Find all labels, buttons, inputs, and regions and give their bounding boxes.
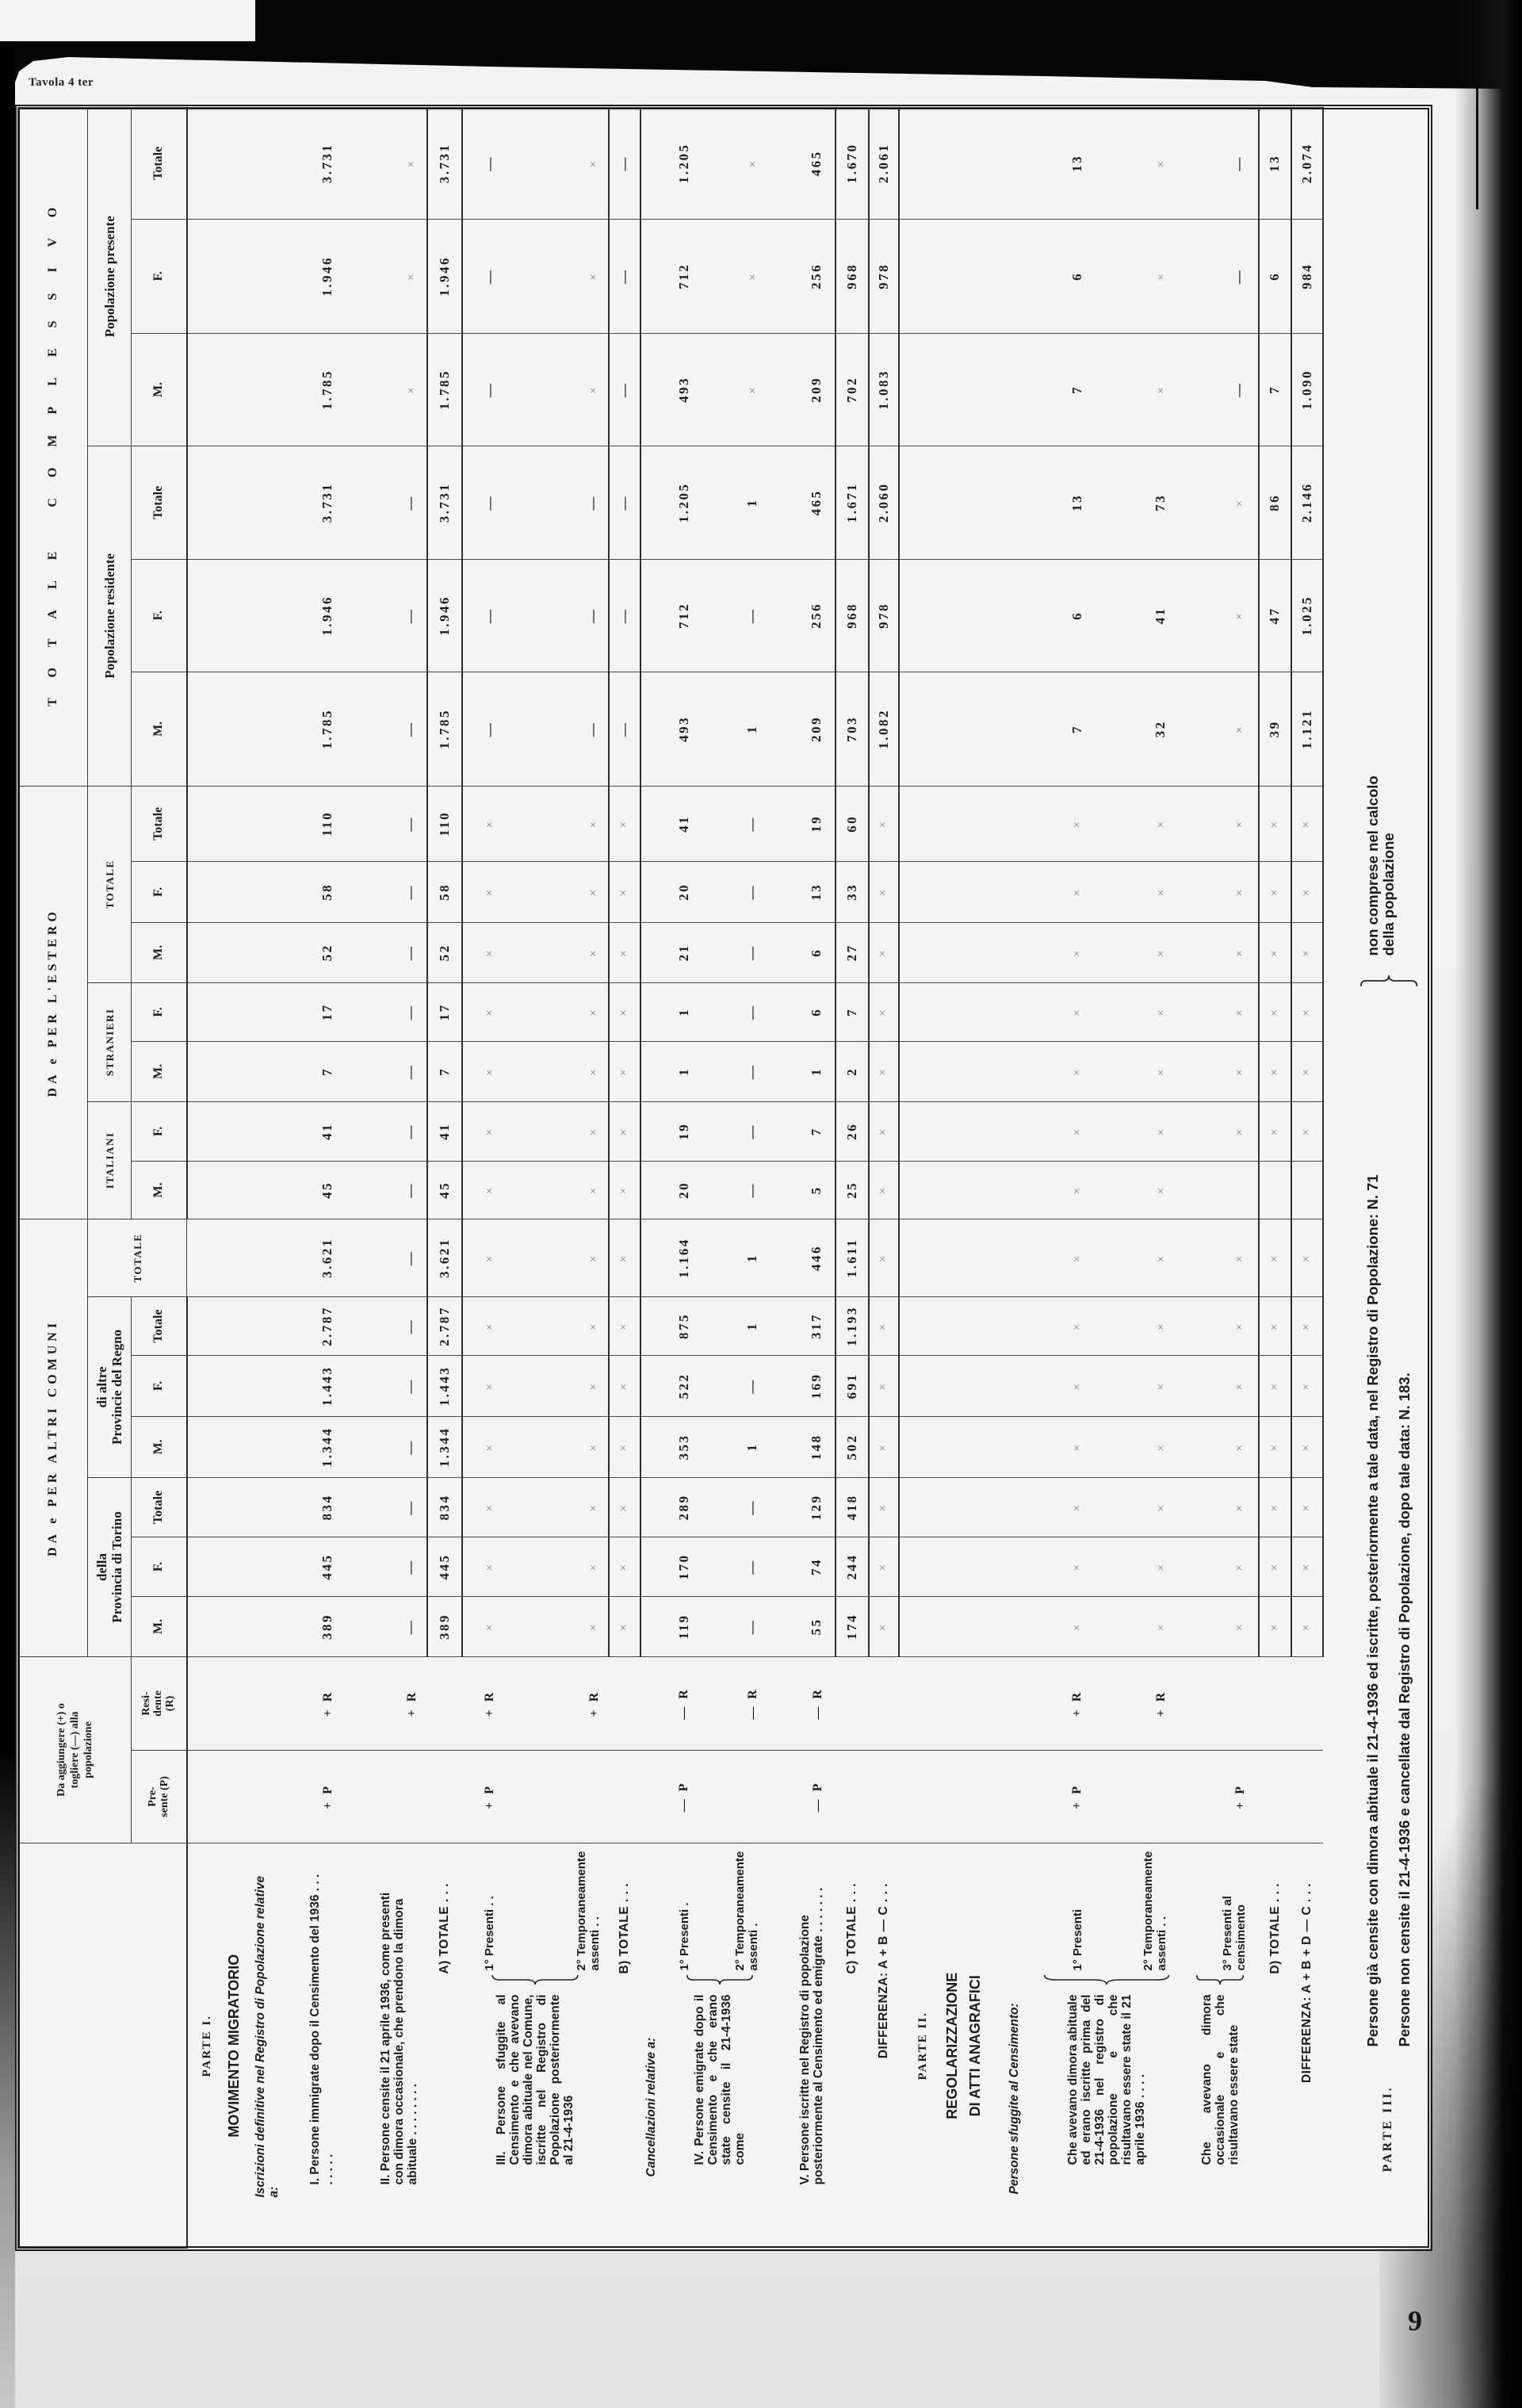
cell: 3.731 <box>427 107 462 219</box>
section-label-parte-1: PARTE I. MOVIMENTO MIGRATORIO Iscrizioni… <box>187 1843 294 2248</box>
cell: 2.787 <box>294 1296 342 1355</box>
cell: × <box>518 1041 609 1101</box>
cell: 41 <box>294 1101 342 1161</box>
stranieri-header: STRANIERI <box>88 982 132 1101</box>
presente-marker <box>706 1750 778 1843</box>
cell: × <box>1031 1477 1124 1537</box>
cell: × <box>869 786 899 861</box>
cell: × <box>462 1101 518 1161</box>
cell: 978 <box>869 559 899 672</box>
cell: × <box>1291 1355 1323 1416</box>
cell: × <box>1124 1296 1182 1355</box>
cell: × <box>518 982 609 1041</box>
empty-cell <box>899 982 1031 1041</box>
cell: × <box>869 1537 899 1596</box>
cell: 45 <box>427 1161 462 1219</box>
cell: 1.785 <box>427 333 462 446</box>
table-row: III. Persone sfuggite al Censimento e ch… <box>462 107 518 2248</box>
cell: × <box>1291 861 1323 922</box>
cell: × <box>1291 1296 1323 1355</box>
cell: 445 <box>427 1537 462 1596</box>
cell: × <box>1182 1219 1259 1296</box>
cell: × <box>869 861 899 922</box>
residente-marker: — R <box>663 1656 706 1750</box>
residente-label: Resi- dente (R) <box>140 1683 176 1724</box>
cell: × <box>462 1355 518 1416</box>
scan-margin-rule <box>1476 88 1478 209</box>
empty-cell <box>641 1477 663 1537</box>
cell: 3.621 <box>427 1219 462 1296</box>
cell: 7 <box>1031 333 1124 446</box>
cell: 3.731 <box>294 446 342 559</box>
cell: 7 <box>294 1041 342 1101</box>
table-row: IV. Persone emigrate dopo il Censimento … <box>663 107 706 2248</box>
cell: 256 <box>778 219 836 333</box>
cell: — <box>609 446 641 559</box>
empty-cell <box>641 1656 663 1750</box>
empty-cell <box>899 672 1031 786</box>
cell: × <box>1124 1219 1182 1296</box>
page-caption: Tavola 4 ter <box>29 76 94 90</box>
cell: 1.946 <box>427 219 462 333</box>
cell: × <box>609 1101 641 1161</box>
residente-marker: + R <box>1031 1656 1124 1750</box>
cell: × <box>462 1161 518 1219</box>
parte-3-line-iscritte: Persone già censite con dimora abituale … <box>1363 1174 1382 2046</box>
cell: 702 <box>836 333 869 446</box>
cell: × <box>462 1219 518 1296</box>
empty-cell <box>899 1355 1031 1416</box>
cell: × <box>518 786 609 861</box>
cell: — <box>342 559 427 672</box>
residente-marker <box>1259 1656 1291 1750</box>
cell: 465 <box>778 107 836 219</box>
empty-cell <box>641 1750 663 1843</box>
table-row-total: B) TOTALE . . . ××××××××××××××—————— <box>609 107 641 2248</box>
cell: 493 <box>663 333 706 446</box>
cell: 7 <box>1259 333 1291 446</box>
cell: — <box>609 559 641 672</box>
section-title: MOVIMENTO MIGRATORIO <box>225 1851 243 2241</box>
cell: × <box>706 219 778 333</box>
cell: — <box>609 107 641 219</box>
cell: — <box>706 922 778 982</box>
cell: 110 <box>427 786 462 861</box>
cell: 6 <box>1031 559 1124 672</box>
cell: × <box>462 861 518 922</box>
parte-3-cell: PARTE III. Persone già censite con dimor… <box>1323 107 1430 2248</box>
row-sublabel: 2° Temporaneamente assenti . <box>706 1843 778 1973</box>
cell: 26 <box>836 1101 869 1161</box>
cell: × <box>869 982 899 1041</box>
table-row: 2° Temporaneamente assenti . . + R ×××××… <box>1124 107 1182 2248</box>
cell: 1.671 <box>836 446 869 559</box>
empty-cell <box>187 559 294 672</box>
residente-marker <box>427 1656 462 1750</box>
cell: 834 <box>294 1477 342 1537</box>
cell: 7 <box>1031 672 1124 786</box>
cell: × <box>609 1219 641 1296</box>
group-label-IV: IV. Persone emigrate dopo il Censimento … <box>663 1987 778 2249</box>
cell: 1.083 <box>869 333 899 446</box>
cell: × <box>1124 107 1182 219</box>
page-number: 9 <box>1408 2304 1422 2337</box>
estero-totale-f-header: F. <box>132 861 187 922</box>
empty-cell <box>187 1750 294 1843</box>
empty-cell <box>187 1477 294 1537</box>
cell: 41 <box>1124 559 1182 672</box>
cell: 834 <box>427 1477 462 1537</box>
empty-cell <box>187 982 294 1041</box>
cell: 1.193 <box>836 1296 869 1355</box>
cell: — <box>462 107 518 219</box>
empty-cell <box>899 786 1031 861</box>
cell: × <box>706 333 778 446</box>
row-label: A) TOTALE . . . <box>427 1843 462 2248</box>
cell: — <box>342 922 427 982</box>
stranieri-m-header: M. <box>132 1041 187 1101</box>
brace-icon <box>663 1974 778 1987</box>
empty-cell <box>641 1296 663 1355</box>
cell: 209 <box>778 672 836 786</box>
group-label-abituale: Che avevano dimora abituale ed erano isc… <box>1031 1987 1182 2249</box>
cell: 1.025 <box>1291 559 1323 672</box>
cell: × <box>1259 982 1291 1041</box>
cell: 703 <box>836 672 869 786</box>
cell: 978 <box>869 219 899 333</box>
cell: 1.611 <box>836 1219 869 1296</box>
table-row: II. Persone censite il 21 aprile 1936, c… <box>342 107 427 2248</box>
cell: 33 <box>836 861 869 922</box>
residente-marker <box>869 1656 899 1750</box>
cell: 875 <box>663 1296 706 1355</box>
cell: 74 <box>778 1537 836 1596</box>
cell: × <box>1259 1296 1291 1355</box>
presente-marker <box>609 1750 641 1843</box>
cell: × <box>518 1101 609 1161</box>
totale-complessivo-header: TOTALE COMPLESSIVO <box>18 107 88 786</box>
cell: 148 <box>778 1416 836 1477</box>
residente-marker: — R <box>778 1656 836 1750</box>
cell: × <box>1182 1596 1259 1656</box>
cell: — <box>342 1537 427 1596</box>
cell: 19 <box>663 1101 706 1161</box>
empty-cell <box>641 861 663 922</box>
cell: 17 <box>427 982 462 1041</box>
cell: 7 <box>778 1101 836 1161</box>
cell: — <box>609 333 641 446</box>
presente-marker <box>1124 1750 1182 1843</box>
cell: 174 <box>836 1596 869 1656</box>
table-row: V. Persone iscritte nel Registro di popo… <box>778 107 836 2248</box>
cell: × <box>1291 982 1323 1041</box>
stranieri-f-header: F. <box>132 982 187 1041</box>
cell: — <box>518 446 609 559</box>
cell: × <box>342 219 427 333</box>
cell <box>1259 1161 1291 1219</box>
cell: × <box>1182 1296 1259 1355</box>
cell: — <box>518 672 609 786</box>
cell: 1.082 <box>869 672 899 786</box>
cell: 1.205 <box>663 107 706 219</box>
cell: 522 <box>663 1355 706 1416</box>
cell: × <box>1182 559 1259 672</box>
empty-cell <box>187 1416 294 1477</box>
cell: 1.785 <box>427 672 462 786</box>
presente-header: Pre- sente (P) <box>132 1750 187 1843</box>
cell: × <box>1031 1355 1124 1416</box>
residente-marker: + R <box>1124 1656 1182 1750</box>
provincie-f-header: F. <box>132 1355 187 1416</box>
cell: 55 <box>778 1596 836 1656</box>
cell: × <box>1031 1161 1124 1219</box>
cell: × <box>609 786 641 861</box>
cell: 1 <box>706 1296 778 1355</box>
altre-provincie-line1: di altre <box>94 1297 109 1477</box>
cell: — <box>609 219 641 333</box>
cell: — <box>1182 333 1259 446</box>
cell: 1 <box>706 1416 778 1477</box>
cell: 1.205 <box>663 446 706 559</box>
presente-marker: + P <box>1182 1750 1259 1843</box>
cell: × <box>706 107 778 219</box>
cell: 2.060 <box>869 446 899 559</box>
estero-header: DA e PER L'ESTERO <box>18 786 88 1219</box>
scan-dark-left-edge <box>0 41 15 2408</box>
cell: — <box>342 1596 427 1656</box>
cell: × <box>518 333 609 446</box>
cell: 41 <box>427 1101 462 1161</box>
cell: × <box>1259 1101 1291 1161</box>
cell: × <box>1291 1101 1323 1161</box>
section-row-cancellazioni: Cancellazioni relative a: <box>641 107 663 2248</box>
section-part-label: PARTE I. <box>201 1851 214 2241</box>
cell: × <box>1031 922 1124 982</box>
empty-cell <box>641 1596 663 1656</box>
cell: 418 <box>836 1477 869 1537</box>
cell: 1.785 <box>294 333 342 446</box>
empty-cell <box>899 861 1031 922</box>
cell: 73 <box>1124 446 1182 559</box>
cell: × <box>1291 922 1323 982</box>
empty-cell <box>187 1537 294 1596</box>
torino-totale-header: Totale <box>132 1477 187 1537</box>
presente-label: Pre- sente (P) <box>147 1776 170 1817</box>
section-part-label: PARTE III. <box>1381 2085 1395 2172</box>
cell: × <box>1291 786 1323 861</box>
cell: × <box>1124 1041 1182 1101</box>
brace-icon <box>1182 1974 1259 1987</box>
cell: × <box>518 1477 609 1537</box>
cell: 13 <box>1031 107 1124 219</box>
cell: — <box>342 1355 427 1416</box>
residente-marker <box>1291 1656 1323 1750</box>
empty-cell <box>187 333 294 446</box>
empty-cell <box>187 1656 294 1750</box>
section-title-line2: DI ATTI ANAGRAFICI <box>964 1851 987 2241</box>
cell: 6 <box>1031 219 1124 333</box>
table-row-difference: DIFFERENZA: A + B — C . . . ××××××××××××… <box>869 107 899 2248</box>
cell: × <box>1182 1537 1259 1596</box>
cell: × <box>518 1219 609 1296</box>
cell: × <box>1182 1041 1259 1101</box>
cell: × <box>1182 672 1259 786</box>
cell: 52 <box>427 922 462 982</box>
section-label-parte-2: PARTE II. REGOLARIZZAZIONE DI ATTI ANAGR… <box>899 1843 1031 2248</box>
cell: × <box>1182 1416 1259 1477</box>
empty-cell <box>187 1596 294 1656</box>
empty-cell <box>641 982 663 1041</box>
migration-table: Da aggiungere (+) o togliere (—) alla po… <box>17 107 1430 2249</box>
cell: × <box>1124 219 1182 333</box>
row-label: DIFFERENZA: A + B + D — C . . . <box>1291 1843 1323 2248</box>
cell: — <box>706 1537 778 1596</box>
rotated-table-frame: Da aggiungere (+) o togliere (—) alla po… <box>17 108 1429 2249</box>
cell: 2.074 <box>1291 107 1323 219</box>
cell: × <box>609 922 641 982</box>
cell: × <box>462 1477 518 1537</box>
row-label-header <box>18 1843 187 2248</box>
cell: — <box>342 861 427 922</box>
presente-marker: + P <box>1031 1750 1124 1843</box>
cell: 446 <box>778 1219 836 1296</box>
cancellazioni-label: Cancellazioni relative a: <box>641 1843 663 2248</box>
empty-cell <box>899 1477 1031 1537</box>
cell: — <box>706 1041 778 1101</box>
empty-cell <box>641 446 663 559</box>
cell: × <box>518 1416 609 1477</box>
cell: × <box>869 1416 899 1477</box>
cell: × <box>609 1355 641 1416</box>
table-row: 2° Temporaneamente assenti . . + R ×××××… <box>518 107 609 2248</box>
cell: — <box>342 446 427 559</box>
cell: × <box>869 1101 899 1161</box>
cell: × <box>609 1596 641 1656</box>
cell: 2.146 <box>1291 446 1323 559</box>
cell: 2.061 <box>869 107 899 219</box>
torino-m-header: M. <box>132 1596 187 1656</box>
row-label: C) TOTALE . . . <box>836 1843 869 2248</box>
cell: 6 <box>1259 219 1291 333</box>
cell: 712 <box>663 219 706 333</box>
table-row: I. Persone immigrate dopo il Censimento … <box>294 107 342 2248</box>
totale-estero-header: TOTALE <box>88 786 132 982</box>
cell: × <box>609 1296 641 1355</box>
cell: 353 <box>663 1416 706 1477</box>
cell: 27 <box>836 922 869 982</box>
cell: × <box>869 1219 899 1296</box>
empty-cell <box>899 1101 1031 1161</box>
cell: × <box>1291 1537 1323 1596</box>
cell: 45 <box>294 1161 342 1219</box>
cell: — <box>706 1596 778 1656</box>
cell: × <box>1182 1101 1259 1161</box>
cell: 493 <box>663 672 706 786</box>
cell: × <box>869 1477 899 1537</box>
provincia-torino-line2: Provincia di Torino <box>109 1478 124 1656</box>
empty-cell <box>641 107 663 219</box>
altre-provincie-line2: Provincie del Regno <box>109 1297 124 1477</box>
cell: × <box>1291 1416 1323 1477</box>
row-sublabel: 2° Temporaneamente assenti . . <box>1124 1843 1182 1973</box>
group-label-occasionale: Che avevano dimora occasionale e che ris… <box>1182 1987 1259 2249</box>
empty-cell <box>641 1537 663 1596</box>
cell: 6 <box>778 922 836 982</box>
cell: 25 <box>836 1161 869 1219</box>
empty-cell <box>899 1537 1031 1596</box>
table-row: 2° Temporaneamente assenti . — R ———1—11… <box>706 107 778 2248</box>
cell: 7 <box>836 982 869 1041</box>
empty-cell <box>899 922 1031 982</box>
cell: 712 <box>663 559 706 672</box>
cell: 968 <box>836 219 869 333</box>
cell: × <box>462 982 518 1041</box>
cell: — <box>342 1161 427 1219</box>
italiani-f-header: F. <box>132 1101 187 1161</box>
cell: × <box>609 861 641 922</box>
residente-totale-header: Totale <box>132 446 187 559</box>
cell: × <box>869 1296 899 1355</box>
cell: × <box>1124 1355 1182 1416</box>
section-part-label: PARTE II. <box>916 1851 930 2241</box>
cell: 3.731 <box>294 107 342 219</box>
provincie-m-header: M. <box>132 1416 187 1477</box>
cell: 465 <box>778 446 836 559</box>
cell: × <box>1259 1537 1291 1596</box>
empty-cell <box>187 922 294 982</box>
cell: 1.164 <box>663 1219 706 1296</box>
empty-cell <box>641 786 663 861</box>
cell: × <box>1031 786 1124 861</box>
cell: × <box>1124 982 1182 1041</box>
cell: × <box>609 982 641 1041</box>
cell: × <box>1031 1101 1124 1161</box>
residente-marker <box>609 1656 641 1750</box>
cell: × <box>462 922 518 982</box>
empty-cell <box>187 1101 294 1161</box>
cell: 32 <box>1124 672 1182 786</box>
residente-marker: + R <box>518 1656 609 1750</box>
empty-cell <box>899 1041 1031 1101</box>
cell: 317 <box>778 1296 836 1355</box>
brace-icon <box>462 1974 609 1987</box>
cell: 1.090 <box>1291 333 1323 446</box>
cell: × <box>1031 1416 1124 1477</box>
cell: × <box>1291 1219 1323 1296</box>
cell: × <box>462 1596 518 1656</box>
cell: 445 <box>294 1537 342 1596</box>
cell: 20 <box>663 861 706 922</box>
residente-marker: + R <box>462 1656 518 1750</box>
cell: 1.785 <box>294 672 342 786</box>
cell: — <box>706 1477 778 1537</box>
totale-comuni-header: TOTALE <box>88 1219 187 1296</box>
cell: × <box>518 1537 609 1596</box>
empty-cell <box>899 1296 1031 1355</box>
residente-marker: + R <box>342 1656 427 1750</box>
cell: × <box>609 1041 641 1101</box>
scan-white-patch <box>0 0 255 41</box>
empty-cell <box>187 672 294 786</box>
cell: — <box>706 982 778 1041</box>
cell: — <box>706 786 778 861</box>
empty-cell <box>899 219 1031 333</box>
cell: 13 <box>778 861 836 922</box>
cell: × <box>518 1296 609 1355</box>
cell: 256 <box>778 559 836 672</box>
cell: — <box>342 1219 427 1296</box>
popolazione-residente-header: Popolazione residente <box>88 446 132 786</box>
